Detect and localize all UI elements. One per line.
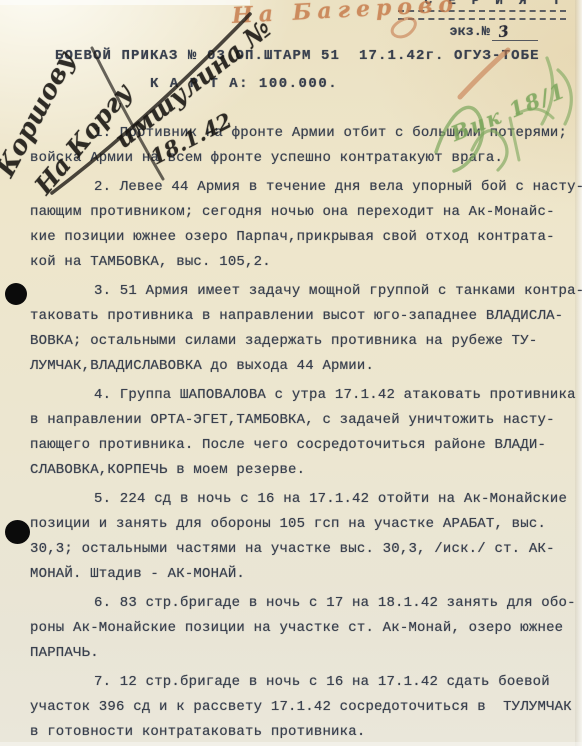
copy-label: экз.№: [449, 25, 490, 40]
scanned-order-document: С Е Р И Я Г экз.№3 БОЕВОЙ ПРИКАЗ № 03 ОП…: [0, 0, 582, 746]
paragraph-6: 6. 83 стр.бригаде в ночь с 17 на 18.1.42…: [30, 591, 575, 666]
body-line: 3. 51 Армия имеет задачу мощной группой …: [30, 283, 582, 299]
body-line: 1. Противник на фронте Армии отбит с бол…: [30, 125, 567, 141]
order-title: БОЕВОЙ ПРИКАЗ № 03 ОП.ШТАРМ 51 17.1.42г.…: [55, 48, 540, 64]
scan-edge-top: [0, 0, 250, 5]
map-scale-line: К А Р Т А: 100.000.: [150, 76, 338, 92]
body-line: ВОВКА; остальными силами задержать проти…: [30, 333, 537, 349]
body-line: кие позиции южнее озеро Парпач,прикрывая…: [30, 229, 555, 245]
paragraph-4: 4. Группа ШАПОВАЛОВА с утра 17.1.42 атак…: [30, 383, 575, 483]
body-line: пающего противника. После чего сосредото…: [30, 437, 546, 453]
body-line: 4. Группа ШАПОВАЛОВА с утра 17.1.42 атак…: [30, 387, 576, 403]
orange-loop-stroke: [392, 18, 415, 37]
body-line: 7. 12 стр.бригаде в ночь с 16 на 17.1.42…: [30, 674, 550, 690]
handwritten-copy-number: 3: [491, 22, 510, 42]
body-line: роны Ак-Монайские позиции на участке ст.…: [30, 620, 563, 636]
body-line: 6. 83 стр.бригаде в ночь с 17 на 18.1.42…: [30, 595, 576, 611]
copy-number-underline: 3: [492, 21, 538, 41]
body-line: позиции и занять для обороны 105 гсп на …: [30, 516, 546, 532]
series-marking: С Е Р И Я Г: [424, 0, 566, 8]
body-line: войска Армии на всем фронте успешно конт…: [30, 150, 503, 166]
order-body: 1. Противник на фронте Армии отбит с бол…: [30, 121, 575, 746]
body-line: МОНАЙ. Штадив - АК-МОНАЙ.: [30, 566, 245, 582]
green-signature-upper-flourish: [542, 58, 571, 124]
body-line: СЛАВОВКА,КОРПЕЧЬ в моем резерве.: [30, 462, 305, 478]
body-line: пающим противником; сегодня ночью она пе…: [30, 204, 555, 220]
paragraph-3: 3. 51 Армия имеет задачу мощной группой …: [30, 279, 575, 379]
scan-edge-right: [575, 0, 582, 746]
hole-punch-bottom: [5, 520, 30, 544]
body-line: в готовности контратаковать противника.: [30, 724, 365, 740]
body-line: 30,3; остальными частями на участке выс.…: [30, 541, 555, 557]
body-line: 2. Левее 44 Армия в течение дня вела упо…: [30, 179, 582, 195]
body-line: таковать противника в направлении высот …: [30, 308, 563, 324]
hole-punch-top: [5, 283, 27, 305]
body-line: кой на ТАМБОВКА, выс. 105,2.: [30, 254, 271, 270]
paragraph-1: 1. Противник на фронте Армии отбит с бол…: [30, 121, 575, 171]
paragraph-7: 7. 12 стр.бригаде в ночь с 16 на 17.1.42…: [30, 670, 575, 745]
paragraph-2: 2. Левее 44 Армия в течение дня вела упо…: [30, 175, 575, 275]
copy-number-line: экз.№3: [449, 21, 538, 41]
body-line: в направлении ОРТА-ЭГЕТ,ТАМБОВКА, с зада…: [30, 412, 555, 428]
body-line: 5. 224 сд в ночь с 16 на 17.1.42 отойти …: [30, 491, 567, 507]
paragraph-5: 5. 224 сд в ночь с 16 на 17.1.42 отойти …: [30, 487, 575, 587]
body-line: ЛУМЧАК,ВЛАДИСЛАВОВКА до выхода 44 Армии.: [30, 358, 374, 374]
body-line: ПАРПАЧЬ.: [30, 645, 99, 661]
body-line: участок 396 сд и к рассвету 17.1.42 соср…: [30, 699, 572, 715]
series-underline: [398, 10, 566, 20]
